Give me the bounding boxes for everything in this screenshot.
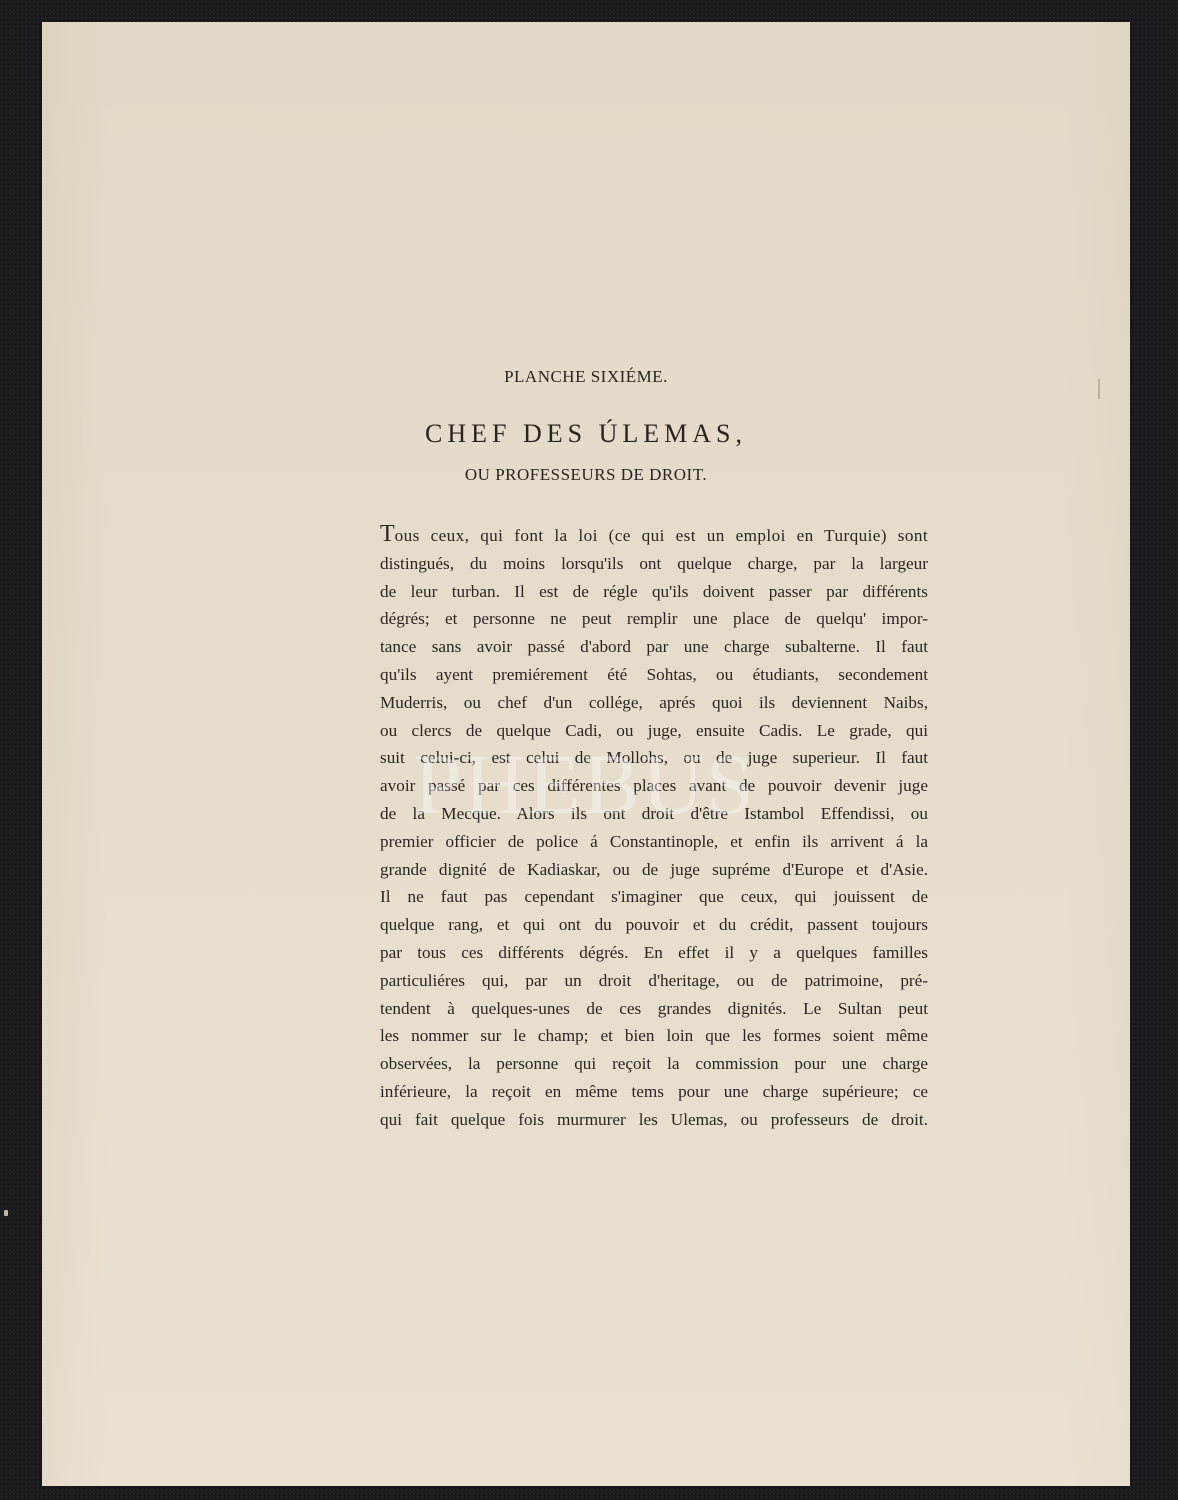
text-line: inférieure, la reçoit en même tems pour … [380, 1078, 928, 1106]
text-line: par tous ces différents dégrés. En effet… [380, 939, 928, 967]
text-line: particuliéres qui, par un droit d'herita… [380, 967, 928, 995]
text-line: de la Mecque. Alors ils ont droit d'être… [380, 800, 928, 828]
text-line: de leur turban. Il est de régle qu'ils d… [380, 578, 928, 606]
text-line: distingués, du moins lorsqu'ils ont quel… [380, 550, 928, 578]
text-line: ou clercs de quelque Cadi, ou juge, ensu… [380, 717, 928, 745]
text-line: observées, la personne qui reçoit la com… [380, 1050, 928, 1078]
text-line: qu'ils ayent premiérement été Sohtas, ou… [380, 661, 928, 689]
text-line: Muderris, ou chef d'un collége, aprés qu… [380, 689, 928, 717]
dust-speck [4, 1210, 8, 1216]
page-title: CHEF DES ÚLEMAS, [42, 419, 1130, 449]
text-line: avoir passé par ces différentes places a… [380, 772, 928, 800]
text-line: Tous ceux, qui font la loi (ce qui est u… [380, 522, 928, 550]
paper-page: PLANCHE SIXIÉME. CHEF DES ÚLEMAS, OU PRO… [42, 22, 1130, 1486]
text-line: dégrés; et personne ne peut remplir une … [380, 605, 928, 633]
plate-label: PLANCHE SIXIÉME. [42, 367, 1130, 387]
text-line: qui fait quelque fois murmurer les Ulema… [380, 1106, 928, 1134]
drop-cap: T [380, 521, 395, 547]
text-line: tendent à quelques-unes de ces grandes d… [380, 995, 928, 1023]
text-line: tance sans avoir passé d'abord par une c… [380, 633, 928, 661]
text-line: suit celui-ci, est celui de Mollohs, ou … [380, 744, 928, 772]
text-line: grande dignité de Kadiaskar, ou de juge … [380, 856, 928, 884]
text-line: les nommer sur le champ; et bien loin qu… [380, 1022, 928, 1050]
text-line: Il ne faut pas cependant s'imaginer que … [380, 883, 928, 911]
page-subtitle: OU PROFESSEURS DE DROIT. [42, 465, 1130, 485]
body-paragraph: Tous ceux, qui font la loi (ce qui est u… [380, 522, 928, 1134]
text-line: quelque rang, et qui ont du pouvoir et d… [380, 911, 928, 939]
text-line: premier officier de police á Constantino… [380, 828, 928, 856]
